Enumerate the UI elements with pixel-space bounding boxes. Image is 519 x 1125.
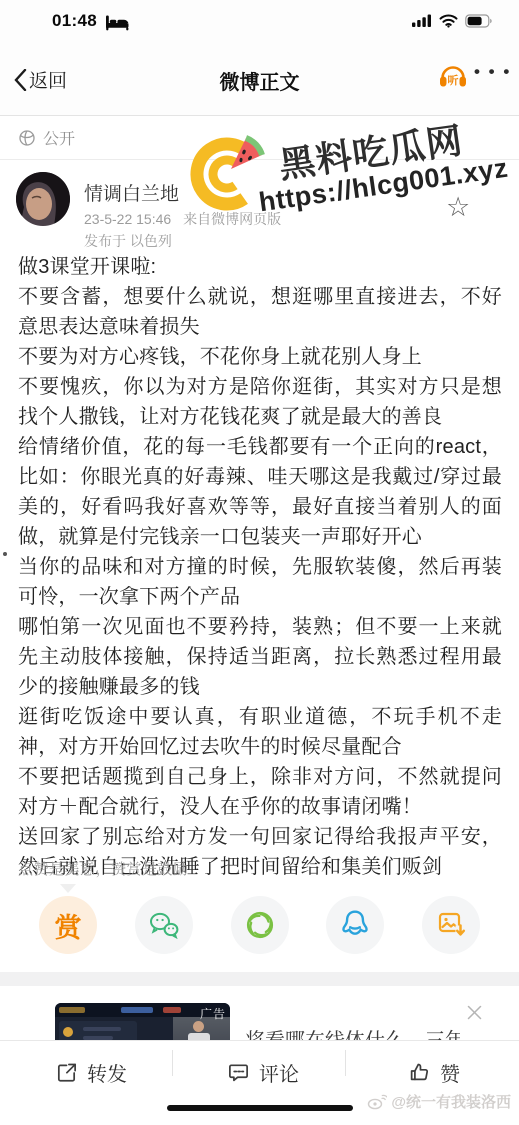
share-wechat-button[interactable]: [135, 896, 193, 954]
weibo-post-screen: 01:48: [0, 0, 519, 1125]
post-paragraph: 不要把话题揽到自己身上，除非对方问，不然就提问对方＋配合就行，没人在乎你的故事请…: [18, 762, 502, 822]
comment-button[interactable]: 评论: [227, 1050, 299, 1094]
share-oasis-button[interactable]: [231, 896, 289, 954]
watermark-site-url: https://hlcg001.xyz: [257, 153, 510, 219]
save-image-button[interactable]: [422, 896, 480, 954]
watermark-site-name: 黑料吃瓜网: [276, 106, 511, 189]
visibility-label: 公开: [43, 126, 75, 149]
margin-dot: [3, 552, 7, 556]
footer-watermark-handle: @统一有我装洛西: [391, 1091, 511, 1112]
visibility-row: 公开: [18, 126, 75, 149]
share-row: 赏: [0, 896, 519, 956]
bottom-action-bar: 转发 评论 赞 @统一有我装洛西: [0, 1040, 519, 1125]
post-paragraph: 给情绪价值，花的每一毛钱都要有一个正向的react，比如：你眼光真的好毒辣、哇天…: [18, 432, 502, 552]
post-paragraph: 不要愧疚，你以为对方是陪你逛街，其实对方只是想找个人撒钱，让对方花钱花爽了就是最…: [18, 372, 502, 432]
ad-ui-chip: [163, 1007, 181, 1013]
reward-button[interactable]: 赏: [39, 896, 97, 954]
clock: 01:48: [52, 11, 97, 31]
thumbs-up-icon: [408, 1061, 431, 1084]
avatar[interactable]: [16, 172, 70, 226]
cellular-signal-icon: [412, 14, 432, 28]
post-paragraph: 当你的品味和对方撞的时候，先服软装傻，然后再装可怜，一次拿下两个产品: [18, 552, 502, 612]
wechat-icon: [146, 908, 182, 942]
oasis-shutter-icon: [243, 908, 277, 942]
listen-headphones-icon[interactable]: 听: [438, 62, 468, 90]
more-options-button[interactable]: • • •: [474, 62, 511, 82]
comment-label: 评论: [259, 1058, 299, 1087]
nav-bar: 返回 微博正文 听 • • •: [0, 44, 519, 116]
ad-ui-chip: [121, 1007, 153, 1013]
globe-icon: [18, 129, 36, 147]
repost-label: 转发: [87, 1058, 127, 1087]
footer-watermark: @统一有我装洛西: [367, 1091, 511, 1112]
post-meta-line: 23-5-22 15:46 来自微博网页版: [84, 209, 281, 229]
post-timestamp: 23-5-22 15:46: [84, 211, 171, 227]
like-button[interactable]: 赞: [408, 1050, 460, 1094]
comment-icon: [227, 1061, 250, 1084]
ad-ui-chip: [59, 1007, 85, 1013]
reward-tip-text: 点赞是美意，赞赏是鼓励: [18, 858, 189, 879]
ad-badge: 广告: [200, 1005, 226, 1022]
section-divider: [0, 972, 519, 986]
status-bar: 01:48: [0, 0, 519, 44]
username[interactable]: 情调白兰地: [84, 179, 179, 206]
post-paragraph: 哪怕第一次见面也不要矜持，装熟；但不要一上来就先主动肢体接触，保持适当距离，拉长…: [18, 612, 502, 702]
qq-penguin-icon: [338, 908, 372, 942]
post-paragraph: 做3课堂开课啦:: [18, 252, 502, 282]
divider: [0, 159, 519, 160]
battery-icon: [465, 14, 493, 28]
tip-bubble-tail: [60, 884, 76, 893]
status-indicators: [412, 14, 493, 28]
repost-button[interactable]: 转发: [55, 1050, 127, 1094]
bedtime-icon: [105, 15, 130, 31]
ad-coin-icon: [63, 1027, 73, 1037]
post-location: 发布于 以色列: [84, 231, 172, 251]
reward-icon: 赏: [55, 906, 82, 945]
save-image-icon: [433, 908, 469, 942]
post-paragraph: 不要含蓄，想要什么就说，想逛哪里直接进去，不好意思表达意味着损失: [18, 282, 502, 342]
post-source-link[interactable]: 来自微博网页版: [183, 211, 281, 227]
ad-close-icon[interactable]: [466, 1004, 483, 1021]
home-indicator[interactable]: [167, 1105, 353, 1111]
post-paragraph: 逛街吃饭途中要认真，有职业道德，不玩手机不走神，对方开始回忆过去吹牛的时候尽量配…: [18, 702, 502, 762]
svg-text:听: 听: [448, 73, 459, 87]
bar-separator: [172, 1050, 173, 1076]
post-paragraph: 不要为对方心疼钱，不花你身上就花别人身上: [18, 342, 502, 372]
post-body: 做3课堂开课啦: 不要含蓄，想要什么就说，想逛哪里直接进去，不好意思表达意味着损…: [18, 252, 502, 882]
wifi-icon: [439, 14, 458, 28]
like-label: 赞: [440, 1058, 460, 1087]
bar-separator: [345, 1050, 346, 1076]
share-qq-button[interactable]: [326, 896, 384, 954]
watermelon-logo-icon: [184, 128, 270, 214]
star-icon: ☆: [446, 192, 470, 223]
weibo-logo-icon: [367, 1094, 387, 1110]
avatar-photo: [16, 172, 70, 226]
repost-icon: [55, 1061, 78, 1084]
